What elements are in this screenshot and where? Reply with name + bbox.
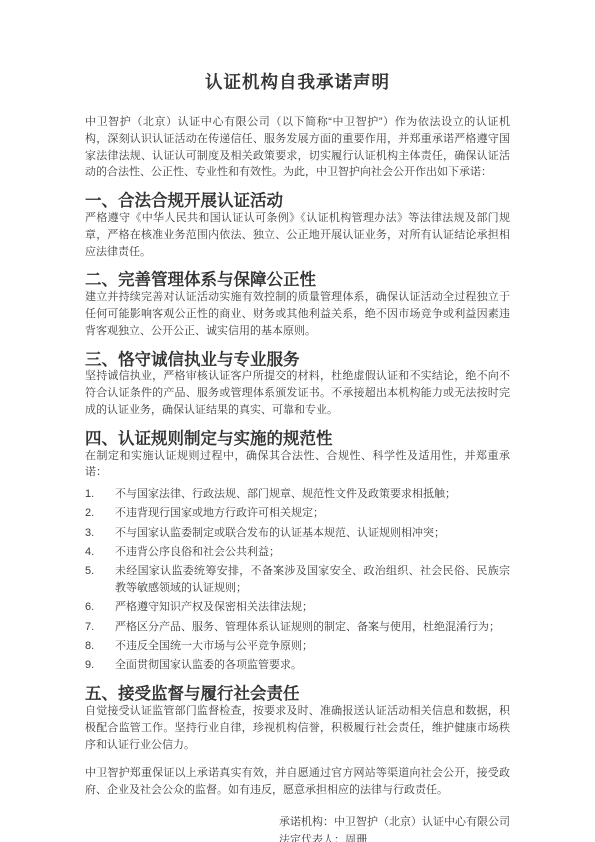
rule-text: 不与国家法律、行政法规、部门规章、规范性文件及政策要求相抵触； (115, 486, 510, 503)
rule-text: 严格区分产品、服务、管理体系认证规则的制定、备案与使用，杜绝混淆行为； (115, 619, 510, 636)
section-2-heading: 二、完善管理体系与保障公正性 (85, 272, 510, 289)
rule-text: 不与国家认监委制定或联合发布的认证基本规范、认证规则相冲突； (115, 525, 510, 542)
rule-item: 1. 不与国家法律、行政法规、部门规章、规范性文件及政策要求相抵触； (85, 486, 510, 503)
rule-text: 未经国家认监委统筹安排，不备案涉及国家安全、政治组织、社会民俗、民族宗教等敏感领… (115, 563, 510, 597)
rule-item: 2. 不违背现行国家或地方行政许可相关规定； (85, 505, 510, 522)
rule-number: 5. (85, 563, 115, 597)
rule-item: 7. 严格区分产品、服务、管理体系认证规则的制定、备案与使用，杜绝混淆行为； (85, 619, 510, 636)
rule-number: 6. (85, 599, 115, 616)
rule-number: 3. (85, 525, 115, 542)
section-2-body: 建立并持续完善对认证活动实施有效控制的质量管理体系，确保认证活动全过程独立于任何… (85, 289, 510, 339)
intro-paragraph: 中卫智护（北京）认证中心有限公司（以下简称“中卫智护”）作为依法设立的认证机构，… (85, 114, 510, 181)
rule-list: 1. 不与国家法律、行政法规、部门规章、规范性文件及政策要求相抵触； 2. 不违… (85, 486, 510, 674)
rule-text: 不违背公序良俗和社会公共利益； (115, 544, 510, 561)
rule-number: 1. (85, 486, 115, 503)
rule-item: 5. 未经国家认监委统筹安排，不备案涉及国家安全、政治组织、社会民俗、民族宗教等… (85, 563, 510, 597)
signature-representative: 法定代表人：周珊 (279, 831, 510, 842)
signature-org: 承诺机构：中卫智护（北京）认证中心有限公司 (279, 813, 510, 832)
rule-number: 2. (85, 505, 115, 522)
document-title: 认证机构自我承诺声明 (85, 70, 510, 94)
rule-text: 不违反全国统一大市场与公平竞争原则； (115, 638, 510, 655)
section-3-heading: 三、恪守诚信执业与专业服务 (85, 352, 510, 369)
document-page: 认证机构自我承诺声明 中卫智护（北京）认证中心有限公司（以下简称“中卫智护”）作… (0, 0, 595, 842)
rule-item: 4. 不违背公序良俗和社会公共利益； (85, 544, 510, 561)
rule-text: 不违背现行国家或地方行政许可相关规定； (115, 505, 510, 522)
section-4-body: 在制定和实施认证规则过程中，确保其合法性、合规性、科学性及适用性，并郑重承诺： (85, 448, 510, 482)
rule-number: 8. (85, 638, 115, 655)
rule-number: 9. (85, 657, 115, 674)
rule-number: 7. (85, 619, 115, 636)
rule-text: 严格遵守知识产权及保密相关法律法规； (115, 599, 510, 616)
rule-item: 3. 不与国家认监委制定或联合发布的认证基本规范、认证规则相冲突； (85, 525, 510, 542)
rule-item: 8. 不违反全国统一大市场与公平竞争原则； (85, 638, 510, 655)
section-5-heading: 五、接受监督与履行社会责任 (85, 686, 510, 703)
rule-item: 9. 全面贯彻国家认监委的各项监管要求。 (85, 657, 510, 674)
section-3-body: 坚持诚信执业，严格审核认证客户所提交的材料，杜绝虚假认证和不实结论，绝不向不符合… (85, 368, 510, 418)
section-4-heading: 四、认证规则制定与实施的规范性 (85, 431, 510, 448)
section-1-heading: 一、合法合规开展认证活动 (85, 193, 510, 210)
rule-number: 4. (85, 544, 115, 561)
section-1-body: 严格遵守《中华人民共和国认证认可条例》《认证机构管理办法》等法律法规及部门规章，… (85, 210, 510, 260)
section-5-body: 自觉接受认证监管部门监督检查，按要求及时、准确报送认证活动相关信息和数据，积极配… (85, 703, 510, 753)
closing-paragraph: 中卫智护郑重保证以上承诺真实有效，并自愿通过官方网站等渠道向社会公开，接受政府、… (85, 765, 510, 799)
signature-block: 承诺机构：中卫智护（北京）认证中心有限公司 法定代表人：周珊 (279, 813, 510, 842)
rule-text: 全面贯彻国家认监委的各项监管要求。 (115, 657, 510, 674)
rule-item: 6. 严格遵守知识产权及保密相关法律法规； (85, 599, 510, 616)
